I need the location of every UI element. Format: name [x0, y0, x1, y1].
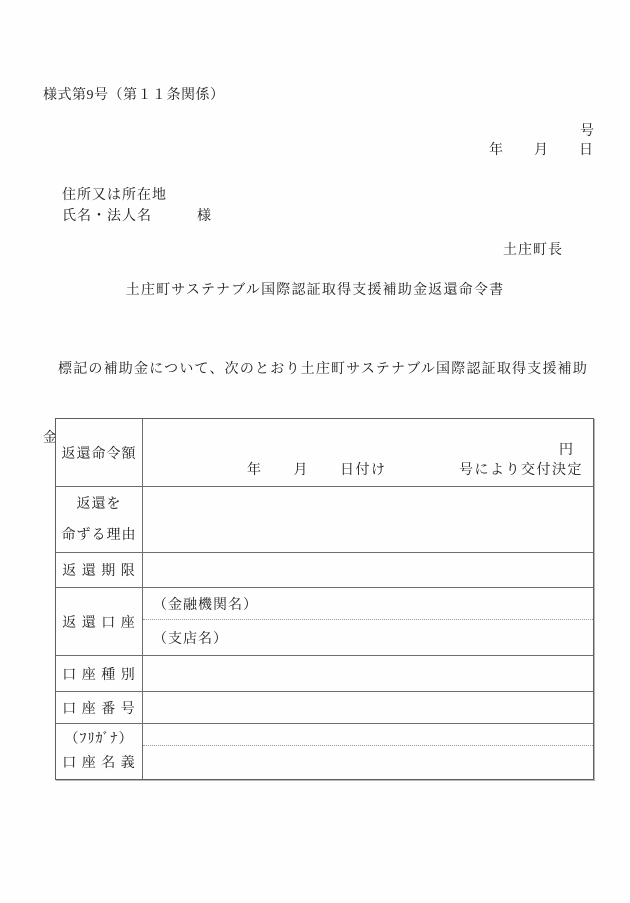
row-return-amount: 返還命令額 円 年 月 日付け 号により交付決定	[56, 419, 593, 487]
return-reason-value-cell	[143, 487, 593, 552]
document-number-line: 号	[580, 120, 594, 140]
return-order-table: 返還命令額 円 年 月 日付け 号により交付決定 返還を 命ずる理由 返 還 期…	[55, 418, 594, 780]
account-type-value-cell	[143, 656, 593, 691]
recipient-name-label: 氏名・法人名	[62, 209, 152, 224]
issuer-label: 土庄町長	[503, 239, 563, 259]
honorific-label: 様	[197, 209, 212, 224]
account-holder-name-label: 口 座 名 義	[62, 752, 136, 776]
account-number-value-cell	[143, 692, 593, 723]
return-reason-label-line2: 命ずる理由	[62, 520, 137, 551]
return-reason-label: 返還を 命ずる理由	[56, 487, 143, 552]
bank-name-field: （金融機関名）	[143, 588, 593, 620]
form-number-label: 様式第9号（第１１条関係）	[43, 84, 225, 104]
row-account-holder: （ﾌﾘｶﾞﾅ） 口 座 名 義	[56, 724, 593, 779]
date-line: 年 月 日	[489, 139, 594, 159]
row-return-deadline: 返 還 期 限	[56, 553, 593, 588]
recipient-address-label: 住所又は所在地	[62, 184, 167, 204]
grant-decision-text: 号により交付決定	[459, 459, 583, 479]
document-title: 土庄町サステナブル国際認証取得支援補助金返還命令書	[0, 279, 630, 299]
branch-name-field: （支店名）	[143, 620, 593, 655]
row-account-number: 口 座 番 号	[56, 692, 593, 724]
bank-name-label: （金融機関名）	[153, 594, 258, 614]
return-account-value-cell: （金融機関名） （支店名）	[143, 588, 593, 655]
account-type-label: 口 座 種 別	[56, 656, 143, 691]
currency-unit-label: 円	[559, 439, 573, 459]
body-line-1: 標記の補助金について、次のとおり土庄町サステナブル国際認証取得支援補助	[43, 358, 595, 381]
recipient-name-line: 氏名・法人名様	[62, 205, 212, 225]
row-return-account: 返 還 口 座 （金融機関名） （支店名）	[56, 588, 593, 656]
furigana-label: （ﾌﾘｶﾞﾅ）	[65, 728, 134, 752]
account-holder-value-cell	[143, 724, 593, 779]
return-deadline-label: 返 還 期 限	[56, 553, 143, 587]
furigana-divider-line	[143, 745, 593, 746]
account-holder-label: （ﾌﾘｶﾞﾅ） 口 座 名 義	[56, 724, 143, 779]
return-amount-value-cell: 円 年 月 日付け 号により交付決定	[143, 419, 593, 486]
return-reason-label-line1: 返還を	[77, 489, 122, 520]
grant-decision-line: 年 月 日付け 号により交付決定	[143, 459, 593, 479]
return-deadline-value-cell	[143, 553, 593, 587]
row-account-type: 口 座 種 別	[56, 656, 593, 692]
return-account-label: 返 還 口 座	[56, 588, 143, 655]
return-amount-label: 返還命令額	[56, 419, 143, 486]
account-number-label: 口 座 番 号	[56, 692, 143, 723]
row-return-reason: 返還を 命ずる理由	[56, 487, 593, 553]
branch-name-label: （支店名）	[153, 628, 228, 648]
grant-date-text: 年 月 日付け	[247, 459, 387, 479]
document-page: 様式第9号（第１１条関係） 号 年 月 日 住所又は所在地 氏名・法人名様 土庄…	[0, 0, 630, 903]
